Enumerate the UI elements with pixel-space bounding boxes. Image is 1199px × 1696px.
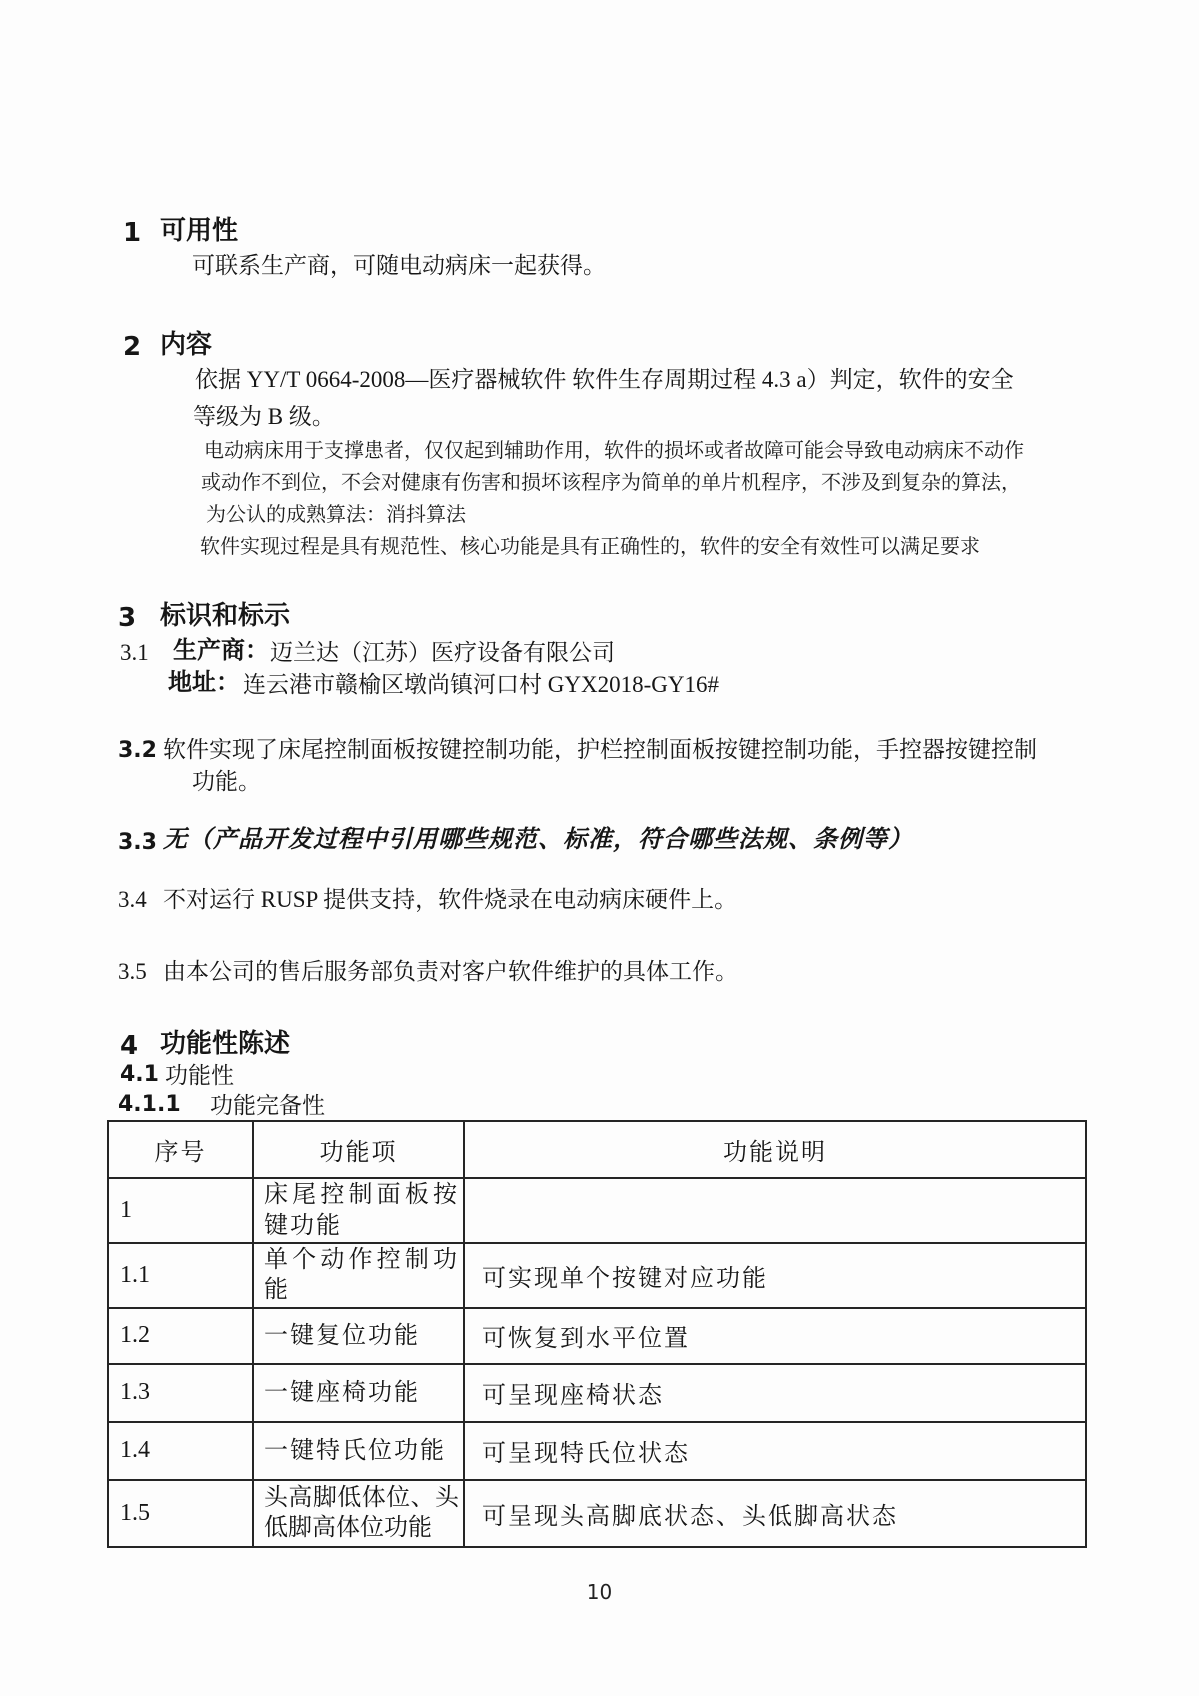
- section-3-3-number: 3.3: [118, 830, 157, 856]
- page-number: 10: [0, 1580, 1199, 1604]
- section-2-paragraph-line2: 等级为 B 级。: [193, 403, 335, 431]
- section-3-5-number: 3.5: [118, 958, 147, 986]
- table-row: 1 床尾控制面板按键功能: [108, 1178, 1086, 1243]
- header-function-item: 功能项: [253, 1121, 464, 1178]
- address-value: 连云港市赣榆区墩尚镇河口村 GYX2018-GY16#: [243, 671, 719, 699]
- header-serial: 序号: [108, 1121, 253, 1178]
- row-desc: 可呈现座椅状态: [464, 1364, 1086, 1422]
- section-1-number: 1: [123, 218, 141, 249]
- table-header-row: 序号 功能项 功能说明: [108, 1121, 1086, 1178]
- section-3-2-line1: 软件实现了床尾控制面板按键控制功能，护栏控制面板按键控制功能，手控器按键控制: [163, 736, 1037, 764]
- manufacturer-label: 生产商：: [173, 637, 269, 666]
- section-2-note-line3: 为公认的成熟算法：消抖算法: [206, 503, 466, 527]
- section-3-4-text: 不对运行 RUSP 提供支持，软件烧录在电动病床硬件上。: [163, 886, 737, 914]
- row-item: 床尾控制面板按键功能: [253, 1178, 464, 1243]
- row-no: 1: [108, 1178, 253, 1243]
- table-row: 1.2 一键复位功能 可恢复到水平位置: [108, 1308, 1086, 1364]
- section-4-1-1-title: 功能完备性: [210, 1092, 325, 1120]
- row-no: 1.5: [108, 1480, 253, 1547]
- section-2-paragraph-line1: 依据 YY/T 0664-2008—医疗器械软件 软件生存周期过程 4.3 a）…: [195, 366, 1014, 394]
- header-function-desc: 功能说明: [464, 1121, 1086, 1178]
- row-item: 一键特氏位功能: [253, 1422, 464, 1480]
- section-4-1-title: 功能性: [165, 1062, 234, 1090]
- section-4-1-number: 4.1: [120, 1062, 159, 1088]
- row-desc: 可呈现头高脚底状态、头低脚高状态: [464, 1480, 1086, 1547]
- section-4-1-1-number: 4.1.1: [118, 1092, 181, 1118]
- section-1-body: 可联系生产商，可随电动病床一起获得。: [192, 252, 606, 280]
- address-label: 地址：: [168, 669, 240, 698]
- manufacturer-value: 迈兰达（江苏）医疗设备有限公司: [270, 639, 615, 667]
- row-item: 一键复位功能: [253, 1308, 464, 1364]
- section-3-title: 标识和标示: [160, 601, 290, 632]
- section-2-note-line1: 电动病床用于支撑患者，仅仅起到辅助作用，软件的损坏或者故障可能会导致电动病床不动…: [204, 439, 1024, 463]
- section-4-title: 功能性陈述: [160, 1029, 290, 1060]
- row-no: 1.1: [108, 1243, 253, 1308]
- section-3-3-text: 无（产品开发过程中引用哪些规范、标准，符合哪些法规、条例等）: [163, 826, 913, 855]
- table-row: 1.3 一键座椅功能 可呈现座椅状态: [108, 1364, 1086, 1422]
- table-row: 1.1 单个动作控制功能 可实现单个按键对应功能: [108, 1243, 1086, 1308]
- row-desc: 可实现单个按键对应功能: [464, 1243, 1086, 1308]
- section-3-5-text: 由本公司的售后服务部负责对客户软件维护的具体工作。: [163, 958, 738, 986]
- section-3-number: 3: [118, 603, 136, 634]
- section-2-number: 2: [123, 332, 141, 363]
- row-item: 单个动作控制功能: [253, 1243, 464, 1308]
- row-no: 1.4: [108, 1422, 253, 1480]
- section-3-1-number: 3.1: [120, 639, 149, 667]
- table-row: 1.5 头高脚低体位、头低脚高体位功能 可呈现头高脚底状态、头低脚高状态: [108, 1480, 1086, 1547]
- row-desc: 可恢复到水平位置: [464, 1308, 1086, 1364]
- function-completeness-table: 序号 功能项 功能说明 1 床尾控制面板按键功能 1.1 单个动作控制功能 可实…: [107, 1120, 1087, 1548]
- section-2-title: 内容: [160, 330, 212, 361]
- row-no: 1.3: [108, 1364, 253, 1422]
- row-desc: [464, 1178, 1086, 1243]
- row-no: 1.2: [108, 1308, 253, 1364]
- section-3-2-line2: 功能。: [192, 768, 261, 796]
- section-4-number: 4: [120, 1031, 138, 1062]
- section-2-note-line4: 软件实现过程是具有规范性、核心功能是具有正确性的，软件的安全有效性可以满足要求: [200, 535, 980, 559]
- row-item: 头高脚低体位、头低脚高体位功能: [253, 1480, 464, 1547]
- section-1-title: 可用性: [160, 216, 238, 247]
- row-item: 一键座椅功能: [253, 1364, 464, 1422]
- table-row: 1.4 一键特氏位功能 可呈现特氏位状态: [108, 1422, 1086, 1480]
- section-2-note-line2: 或动作不到位，不会对健康有伤害和损坏该程序为简单的单片机程序，不涉及到复杂的算法…: [201, 471, 1021, 495]
- section-3-4-number: 3.4: [118, 886, 147, 914]
- row-desc: 可呈现特氏位状态: [464, 1422, 1086, 1480]
- document-page: 1 可用性 可联系生产商，可随电动病床一起获得。 2 内容 依据 YY/T 06…: [0, 0, 1199, 1696]
- section-3-2-number: 3.2: [118, 738, 157, 764]
